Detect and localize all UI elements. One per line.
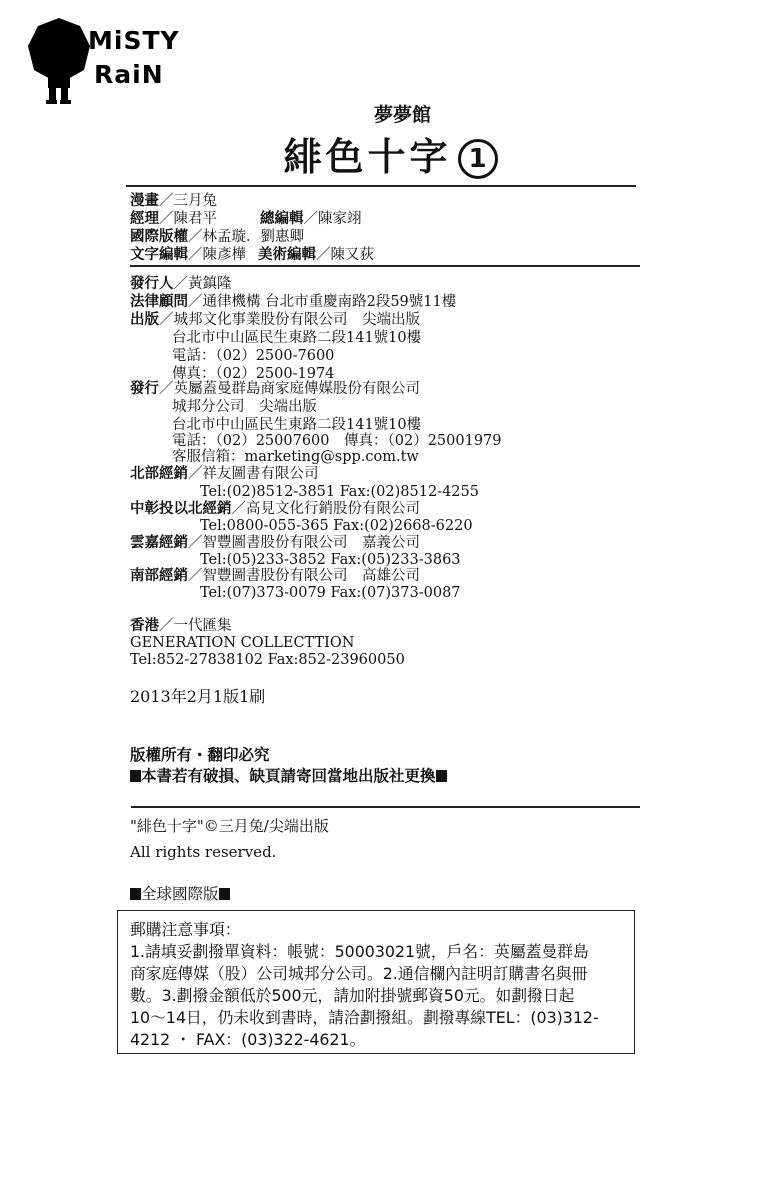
issuer: 發行人／黃鎮隆	[130, 275, 232, 294]
hongkong-contact: Tel:852-27838102 Fax:852-23960050	[130, 651, 405, 670]
divider-credits	[130, 265, 640, 267]
copyright-line: "緋色十字"©三月兔/尖端出版	[130, 817, 329, 836]
distributor-north: 北部經銷／祥友圖書有限公司	[130, 465, 319, 484]
mail-order-title: 郵購注意事項：	[130, 919, 624, 941]
divider-copyright	[131, 806, 640, 808]
distribution: 發行／英屬蓋曼群島商家庭傳媒股份有限公司	[130, 380, 420, 399]
book-title-text: 緋色十字	[283, 135, 451, 179]
rights-reserved: 版權所有・翻印必究	[130, 746, 270, 765]
publication-phone: 電話：（02）2500-7600	[172, 347, 334, 366]
credit-art-editor: 美術編輯／陳又荻	[258, 246, 374, 265]
black-square-icon	[219, 888, 230, 900]
credit-intl-rights: 國際版權／林孟璇．劉惠卿	[130, 228, 304, 247]
mail-order-line-3: 數。3.劃撥金額低於500元，請加附掛號郵資50元。如劃撥日起	[130, 985, 624, 1007]
international-edition-label: 全球國際版	[130, 885, 230, 904]
black-square-icon	[130, 888, 141, 900]
distribution-branch: 城邦分公司 尖端出版	[172, 398, 317, 417]
damage-notice: 本書若有破損、缺頁請寄回當地出版社更換	[130, 767, 447, 786]
edition-date: 2013年2月1版1刷	[130, 687, 265, 706]
mail-order-line-1: 1.請填妥劃撥單資料：帳號：50003021號，戶名：英屬蓋曼群島	[130, 941, 624, 963]
mail-order-notice-box: 郵購注意事項： 1.請填妥劃撥單資料：帳號：50003021號，戶名：英屬蓋曼群…	[117, 910, 635, 1054]
volume-number: 1	[458, 139, 498, 179]
black-square-icon	[436, 770, 447, 782]
legal-advisor: 法律顧問／通律機構 台北市重慶南路2段59號11樓	[130, 293, 456, 312]
credit-chief-editor: 總編輯／陳家翊	[260, 210, 362, 229]
logo-line-2: RaiN	[88, 58, 180, 92]
logo-text: MiSTY RaiN	[88, 24, 180, 92]
logo-line-1: MiSTY	[88, 24, 180, 58]
series-name: 夢夢館	[0, 100, 769, 127]
credit-manager: 經理／陳君平	[130, 210, 217, 229]
mail-order-line-5: 4212 ・ FAX：(03)322-4621。	[130, 1029, 624, 1051]
credit-text-editor: 文字編輯／陳彥樺	[130, 246, 246, 265]
divider-top	[126, 185, 636, 187]
distributor-south-contact: Tel:(07)373-0079 Fax:(07)373-0087	[200, 584, 461, 603]
publication-address: 台北市中山區民生東路二段141號10樓	[172, 329, 421, 348]
umbrella-person-icon	[24, 16, 94, 106]
all-rights-reserved: All rights reserved.	[130, 843, 276, 862]
mail-order-line-2: 商家庭傳媒（股）公司城邦分公司。2.通信欄內註明訂購書名與冊	[130, 963, 624, 985]
publication: 出版／城邦文化事業股份有限公司 尖端出版	[130, 311, 420, 330]
mail-order-line-4: 10～14日，仍未收到書時，請洽劃撥組。劃撥專線TEL：(03)312-	[130, 1007, 624, 1029]
credit-artist: 漫畫／三月兔	[130, 192, 217, 211]
book-title: 緋色十字1	[0, 126, 769, 181]
black-square-icon	[130, 770, 141, 782]
